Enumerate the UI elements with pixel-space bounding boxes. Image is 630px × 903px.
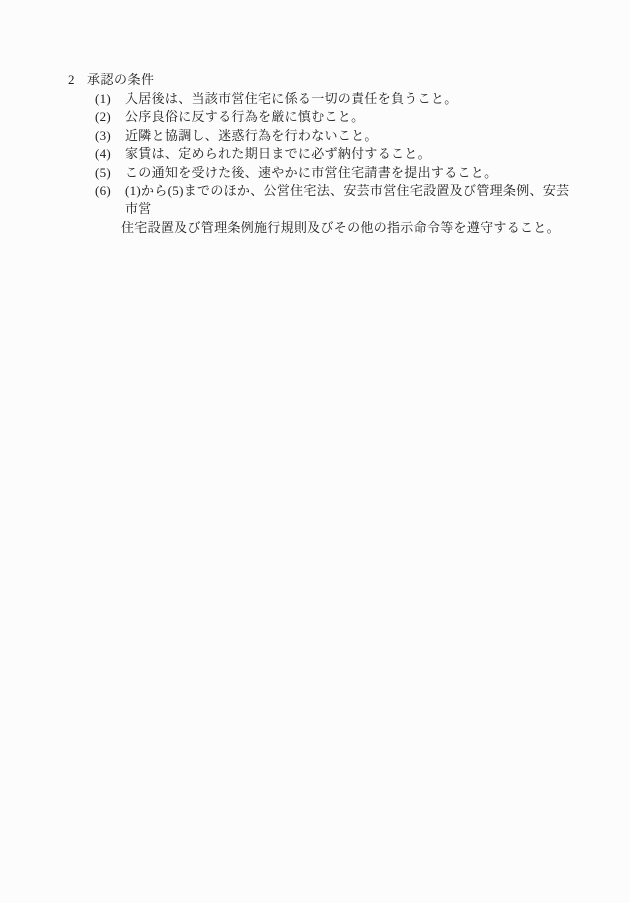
item-text: (1)から(5)までのほか、公営住宅法、安芸市営住宅設置及び管理条例、安芸市営 … — [125, 182, 580, 237]
section-title: 承認の条件 — [87, 70, 155, 89]
item-text-line-2: 住宅設置及び管理条例施行規則及びその他の指示命令等を遵守すること。 — [121, 219, 580, 237]
list-item-1: (1) 入居後は、当該市営住宅に係る一切の責任を負うこと。 — [95, 90, 580, 108]
item-number: (1) — [95, 90, 125, 108]
item-text-line-1: (1)から(5)までのほか、公営住宅法、安芸市営住宅設置及び管理条例、安芸市営 — [125, 183, 569, 216]
item-text: この通知を受けた後、速やかに市営住宅請書を提出すること。 — [125, 164, 580, 182]
item-text: 公序良俗に反する行為を厳に慎むこと。 — [125, 108, 580, 126]
item-text: 近隣と協調し、迷惑行為を行わないこと。 — [125, 127, 580, 145]
item-number: (3) — [95, 127, 125, 145]
item-text: 家賃は、定められた期日までに必ず納付すること。 — [125, 145, 580, 163]
item-number: (4) — [95, 145, 125, 163]
section-heading: 2 承認の条件 — [68, 70, 580, 89]
item-text: 入居後は、当該市営住宅に係る一切の責任を負うこと。 — [125, 90, 580, 108]
section-number: 2 — [68, 70, 75, 89]
document-content: 2 承認の条件 (1) 入居後は、当該市営住宅に係る一切の責任を負うこと。 (2… — [68, 70, 580, 237]
document-page: 2 承認の条件 (1) 入居後は、当該市営住宅に係る一切の責任を負うこと。 (2… — [0, 0, 630, 903]
list-item-5: (5) この通知を受けた後、速やかに市営住宅請書を提出すること。 — [95, 164, 580, 182]
item-number: (2) — [95, 108, 125, 126]
list-item-2: (2) 公序良俗に反する行為を厳に慎むこと。 — [95, 108, 580, 126]
list-item-3: (3) 近隣と協調し、迷惑行為を行わないこと。 — [95, 127, 580, 145]
list-item-6: (6) (1)から(5)までのほか、公営住宅法、安芸市営住宅設置及び管理条例、安… — [95, 182, 580, 237]
item-number: (5) — [95, 164, 125, 182]
conditions-list: (1) 入居後は、当該市営住宅に係る一切の責任を負うこと。 (2) 公序良俗に反… — [95, 90, 580, 237]
list-item-4: (4) 家賃は、定められた期日までに必ず納付すること。 — [95, 145, 580, 163]
